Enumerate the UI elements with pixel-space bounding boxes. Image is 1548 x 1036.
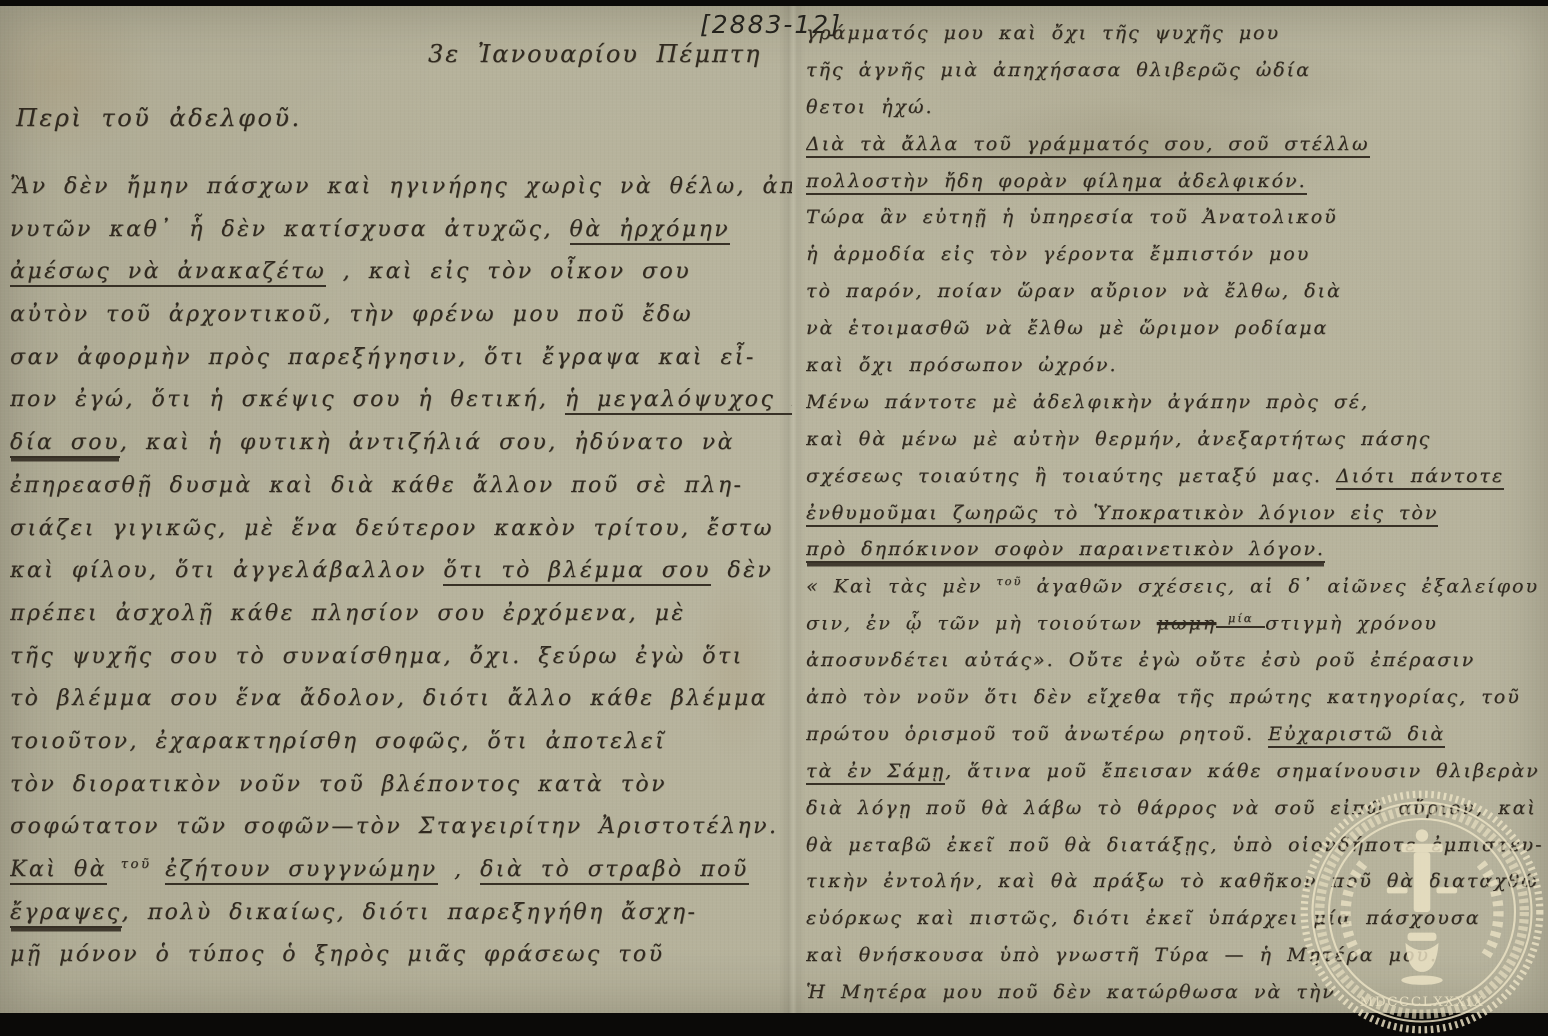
manuscript-line: τοιοῦτον, ἐχαρακτηρίσθη σοφῶς, ὅτι ἀποτε… (10, 729, 792, 772)
manuscript-text-segment: ἐπηρεασθῇ δυσμὰ καὶ διὰ κάθε ἄλλον ποῦ σ… (10, 473, 743, 498)
manuscript-text-segment: τικὴν ἐντολήν, καὶ θὰ πράξω τὸ καθῆκον π… (806, 870, 1539, 892)
manuscript-line: σοφώτατον τῶν σοφῶν—τὸν Σταγειρίτην Ἀρισ… (10, 814, 792, 857)
manuscript-line: καὶ θὰ μένω μὲ αὐτὴν θερμήν, ἀνεξαρτήτως… (806, 428, 1546, 465)
manuscript-line: « Καὶ τὰς μὲν τοῦ ἀγαθῶν σχέσεις, αἱ δ᾽ … (806, 575, 1546, 612)
manuscript-line: διὰ λόγῃ ποῦ θὰ λάβω τὸ θάρρος νὰ σοῦ εἰ… (806, 797, 1546, 834)
manuscript-text-segment: τὸ παρόν, ποίαν ὥραν αὔριον νὰ ἔλθω, διὰ (806, 280, 1342, 302)
manuscript-line: τὸ βλέμμα σου ἕνα ἄδολον, διότι ἄλλο κάθ… (10, 686, 792, 729)
manuscript-text-segment: μωμη (1157, 613, 1217, 635)
manuscript-text-segment: ἡ ἁρμοδία εἰς τὸν γέροντα ἔμπιστόν μου (806, 243, 1310, 265)
manuscript-line: τικὴν ἐντολήν, καὶ θὰ πράξω τὸ καθῆκον π… (806, 870, 1546, 907)
manuscript-text-segment: , ἅτινα μοῦ ἔπεισαν κάθε σημαίνουσιν θλι… (945, 760, 1540, 782)
manuscript-line: τῆς ψυχῆς σου τὸ συναίσθημα, ὄχι. ξεύρω … (10, 644, 792, 687)
manuscript-text-segment: θὰ ἠρχόμην (570, 217, 731, 245)
manuscript-text-segment: δία σου (10, 430, 120, 458)
manuscript-text-segment: τὰ ἐν Σάμῃ (806, 760, 945, 785)
manuscript-line: σιν, ἐν ᾧ τῶν μὴ τοιούτων μωμη μία στιγμ… (806, 612, 1546, 649)
manuscript-line: ἐπηρεασθῇ δυσμὰ καὶ διὰ κάθε ἄλλον ποῦ σ… (10, 473, 792, 516)
manuscript-text-segment: Τώρα ἂν εὐτηῇ ἡ ὑπηρεσία τοῦ Ἀνατολικοῦ (806, 206, 1338, 228)
scan-background: [2883-12] 3ε Ἰανουαρίου Πέμπτη Περὶ τοῦ … (0, 0, 1548, 1026)
manuscript-line: νὰ ἑτοιμασθῶ νὰ ἔλθω μὲ ὥριμον ροδίαμα (806, 317, 1546, 354)
manuscript-text-segment: θετοι ἠχώ. (806, 96, 934, 118)
manuscript-text-segment: θὰ μεταβῶ ἐκεῖ ποῦ θὰ διατάξῃς, ὑπὸ οἱον… (806, 834, 1544, 856)
manuscript-line: ἡ ἁρμοδία εἰς τὸν γέροντα ἔμπιστόν μου (806, 243, 1546, 280)
manuscript-text-segment: « Καὶ τὰς μὲν (806, 576, 996, 598)
manuscript-text-segment: ἔγραψες (10, 900, 122, 928)
manuscript-line: σαν ἀφορμὴν πρὸς παρεξήγησιν, ὅτι ἔγραψα… (10, 345, 792, 388)
manuscript-line: Ἡ Μητέρα μου ποῦ δὲν κατώρθωσα νὰ τὴν (806, 981, 1546, 1018)
manuscript-text-segment: τῆς ψυχῆς σου τὸ συναίσθημα, ὄχι. ξεύρω … (10, 644, 744, 669)
manuscript-text-segment: , καὶ εἰς τὸν οἶκον σου (326, 259, 691, 284)
manuscript-text-segment: πον ἐγώ, ὅτι ἡ σκέψις σου ἡ θετική, (10, 387, 565, 412)
manuscript-text-segment: Ἡ Μητέρα μου ποῦ δὲν κατώρθωσα νὰ τὴν (806, 981, 1336, 1003)
manuscript-line: πον ἐγώ, ὅτι ἡ σκέψις σου ἡ θετική, ἡ με… (10, 387, 792, 430)
manuscript-text-segment: Διότι πάντοτε (1336, 465, 1504, 490)
right-page-text: γράμματός μου καὶ ὄχι τῆς ψυχῆς μουτῆς ἁ… (806, 22, 1546, 1022)
manuscript-text-segment: μία (1216, 611, 1265, 628)
manuscript-text-segment: τῆς ἁγνῆς μιὰ ἀπηχήσασα θλιβερῶς ὠδία (806, 59, 1311, 81)
manuscript-text-segment: Καὶ θὰ (10, 857, 107, 885)
manuscript-text-segment: στιγμὴ χρόνου (1265, 613, 1438, 635)
manuscript-line: εὐόρκως καὶ πιστῶς, διότι ἐκεῖ ὑπάρχει μ… (806, 907, 1546, 944)
manuscript-text-segment: ἐζήτουν συγγνώμην (165, 857, 437, 885)
manuscript-line: ἔγραψες, πολὺ δικαίως, διότι παρεξηγήθη … (10, 900, 792, 943)
manuscript-text-segment: , (438, 857, 480, 882)
manuscript-line: τὸ παρόν, ποίαν ὥραν αὔριον νὰ ἔλθω, διὰ (806, 280, 1546, 317)
manuscript-line: γράμματός μου καὶ ὄχι τῆς ψυχῆς μου (806, 22, 1546, 59)
manuscript-text-segment: ἐνθυμοῦμαι ζωηρῶς τὸ Ὑποκρατικὸν λόγιον … (806, 502, 1438, 527)
manuscript-text-segment: εὐόρκως καὶ πιστῶς, διότι ἐκεῖ ὑπάρχει μ… (806, 907, 1481, 929)
manuscript-line: καὶ φίλου, ὅτι ἀγγελάβαλλον ὅτι τὸ βλέμμ… (10, 558, 792, 601)
manuscript-line: τῆς ἁγνῆς μιὰ ἀπηχήσασα θλιβερῶς ὠδία (806, 59, 1546, 96)
manuscript-text-segment: καὶ φίλου, ὅτι ἀγγελάβαλλον (10, 558, 443, 583)
manuscript-line: καὶ ὄχι πρόσωπον ὠχρόν. (806, 354, 1546, 391)
manuscript-line: Διὰ τὰ ἄλλα τοῦ γράμματός σου, σοῦ στέλλ… (806, 133, 1546, 170)
letter-heading: Περὶ τοῦ ἀδελφοῦ. (16, 104, 302, 132)
manuscript-line: δία σου, καὶ ἡ φυτικὴ ἀντιζήλιά σου, ἠδύ… (10, 430, 792, 473)
manuscript-line: ἀμέσως νὰ ἀνακαζέτω , καὶ εἰς τὸν οἶκον … (10, 259, 792, 302)
manuscript-text-segment: σχέσεως τοιαύτης ἢ τοιαύτης μεταξύ μας. (806, 465, 1336, 487)
manuscript-text-segment: σαν ἀφορμὴν πρὸς παρεξήγησιν, ὅτι ἔγραψα… (10, 345, 756, 370)
date-line: 3ε Ἰανουαρίου Πέμπτη (428, 40, 761, 68)
manuscript-line: πολλοστὴν ἤδη φορὰν φίλημα ἀδελφικόν. (806, 170, 1546, 207)
manuscript-text-segment: Ἂν δὲν ἤμην πάσχων καὶ ηγινήρης χωρὶς νὰ… (10, 174, 792, 199)
manuscript-text-segment: αὐτὸν τοῦ ἀρχοντικοῦ, τὴν φρένω μου ποῦ … (10, 302, 693, 327)
manuscript-text-segment: μῇ μόνον ὁ τύπος ὁ ξηρὸς μιᾶς φράσεως το… (10, 942, 665, 967)
manuscript-line: τὰ ἐν Σάμῃ, ἅτινα μοῦ ἔπεισαν κάθε σημαί… (806, 760, 1546, 797)
manuscript-line: πρὸ δηπόκινον σοφὸν παραινετικὸν λόγον. (806, 538, 1546, 575)
manuscript-text-segment: τοιοῦτον, ἐχαρακτηρίσθη σοφῶς, ὅτι ἀποτε… (10, 729, 666, 754)
manuscript-text-segment: δὲν (711, 558, 773, 583)
manuscript-text-segment: Εὐχαριστῶ διὰ (1268, 723, 1445, 748)
manuscript-text-segment: πρέπει ἀσχολῇ κάθε πλησίον σου ἐρχόμενα,… (10, 601, 686, 626)
manuscript-text-segment: σοφώτατον τῶν σοφῶν—τὸν Σταγειρίτην Ἀρισ… (10, 814, 778, 839)
manuscript-text-segment: σιάζει γιγικῶς, μὲ ἕνα δεύτερον κακὸν τρ… (10, 516, 774, 541)
manuscript-text-segment: τὸ βλέμμα σου ἕνα ἄδολον, διότι ἄλλο κάθ… (10, 686, 768, 711)
manuscript-text-segment: ἡ μεγαλόψυχος καρ- (565, 387, 792, 415)
left-page-text: Ἂν δὲν ἤμην πάσχων καὶ ηγινήρης χωρὶς νὰ… (10, 174, 792, 974)
manuscript-text-segment: ἀπὸ τὸν νοῦν ὅτι δὲν εἴχεθα τῆς πρώτης κ… (806, 686, 1521, 708)
manuscript-line: σχέσεως τοιαύτης ἢ τοιαύτης μεταξύ μας. … (806, 465, 1546, 502)
manuscript-text-segment: Διὰ τὰ ἄλλα τοῦ γράμματός σου, σοῦ στέλλ… (806, 133, 1370, 158)
manuscript-text-segment: πρὸ δηπόκινον σοφὸν παραινετικὸν λόγον. (806, 538, 1325, 563)
manuscript-line: καὶ θνήσκουσα ὑπὸ γνωστῆ Τύρα — ἡ Μητέρα… (806, 944, 1546, 981)
manuscript-text-segment: ἀμέσως νὰ ἀνακαζέτω (10, 259, 326, 287)
manuscript-text-segment: ἀγαθῶν σχέσεις, αἱ δ᾽ αἰῶνες ἐξαλείφου (1022, 576, 1539, 598)
manuscript-line: Μένω πάντοτε μὲ ἀδελφικὴν ἀγάπην πρὸς σέ… (806, 391, 1546, 428)
manuscript-text-segment: τοῦ (107, 857, 165, 872)
manuscript-line: μῇ μόνον ὁ τύπος ὁ ξηρὸς μιᾶς φράσεως το… (10, 942, 792, 974)
manuscript-text-segment: γράμματός μου καὶ ὄχι τῆς ψυχῆς μου (806, 22, 1280, 44)
manuscript-text-segment: νυτῶν καθ᾽ ἧ δὲν κατίσχυσα ἀτυχῶς, (10, 217, 570, 242)
manuscript-text-segment: ὅτι τὸ βλέμμα σου (443, 558, 711, 586)
manuscript-text-segment: , πολὺ δικαίως, διότι παρεξηγήθη ἄσχη- (122, 900, 698, 925)
manuscript-text-segment: διὰ τὸ στραβὸ ποῦ (480, 857, 749, 885)
manuscript-line: Τώρα ἂν εὐτηῇ ἡ ὑπηρεσία τοῦ Ἀνατολικοῦ (806, 206, 1546, 243)
manuscript-text-segment: ἀποσυνδέτει αὐτάς». Οὔτε ἐγὼ οὔτε ἐσὺ ρο… (806, 649, 1475, 671)
manuscript-line: ἀποσυνδέτει αὐτάς». Οὔτε ἐγὼ οὔτε ἐσὺ ρο… (806, 649, 1546, 686)
manuscript-text-segment: διὰ λόγῃ ποῦ θὰ λάβω τὸ θάρρος νὰ σοῦ εἰ… (806, 797, 1537, 819)
manuscript-text-segment: πρώτου ὁρισμοῦ τοῦ ἀνωτέρω ρητοῦ. (806, 723, 1268, 745)
manuscript-text-segment: τοῦ (996, 574, 1022, 588)
manuscript-text-segment: τὸν διορατικὸν νοῦν τοῦ βλέποντος κατὰ τ… (10, 772, 667, 797)
manuscript-line: θὰ μεταβῶ ἐκεῖ ποῦ θὰ διατάξῃς, ὑπὸ οἱον… (806, 834, 1546, 871)
manuscript-line: ἐνθυμοῦμαι ζωηρῶς τὸ Ὑποκρατικὸν λόγιον … (806, 502, 1546, 539)
manuscript-text-segment: νὰ ἑτοιμασθῶ νὰ ἔλθω μὲ ὥριμον ροδίαμα (806, 317, 1328, 339)
manuscript-text-segment: καὶ ὄχι πρόσωπον ὠχρόν. (806, 354, 1118, 376)
letter-paper: [2883-12] 3ε Ἰανουαρίου Πέμπτη Περὶ τοῦ … (0, 6, 1548, 1013)
manuscript-line: θετοι ἠχώ. (806, 96, 1546, 133)
manuscript-line: Ἂν δὲν ἤμην πάσχων καὶ ηγινήρης χωρὶς νὰ… (10, 174, 792, 217)
manuscript-text-segment: καὶ θὰ μένω μὲ αὐτὴν θερμήν, ἀνεξαρτήτως… (806, 428, 1431, 450)
manuscript-line: πρώτου ὁρισμοῦ τοῦ ἀνωτέρω ρητοῦ. Εὐχαρι… (806, 723, 1546, 760)
manuscript-text-segment: πολλοστὴν ἤδη φορὰν φίλημα ἀδελφικόν. (806, 170, 1307, 195)
manuscript-text-segment: , καὶ ἡ φυτικὴ ἀντιζήλιά σου, ἠδύνατο νὰ (120, 430, 735, 455)
manuscript-line: σιάζει γιγικῶς, μὲ ἕνα δεύτερον κακὸν τρ… (10, 516, 792, 559)
manuscript-line: αὐτὸν τοῦ ἀρχοντικοῦ, τὴν φρένω μου ποῦ … (10, 302, 792, 345)
manuscript-text-segment: καὶ θνήσκουσα ὑπὸ γνωστῆ Τύρα — ἡ Μητέρα… (806, 944, 1438, 966)
manuscript-text-segment: Μένω πάντοτε μὲ ἀδελφικὴν ἀγάπην πρὸς σέ… (806, 391, 1369, 413)
manuscript-text-segment: σιν, ἐν ᾧ τῶν μὴ τοιούτων (806, 613, 1157, 635)
manuscript-line: πρέπει ἀσχολῇ κάθε πλησίον σου ἐρχόμενα,… (10, 601, 792, 644)
manuscript-line: νυτῶν καθ᾽ ἧ δὲν κατίσχυσα ἀτυχῶς, θὰ ἠρ… (10, 217, 792, 260)
manuscript-line: τὸν διορατικὸν νοῦν τοῦ βλέποντος κατὰ τ… (10, 772, 792, 815)
manuscript-line: Καὶ θὰ τοῦ ἐζήτουν συγγνώμην , διὰ τὸ στ… (10, 857, 792, 900)
manuscript-line: ἀπὸ τὸν νοῦν ὅτι δὲν εἴχεθα τῆς πρώτης κ… (806, 686, 1546, 723)
